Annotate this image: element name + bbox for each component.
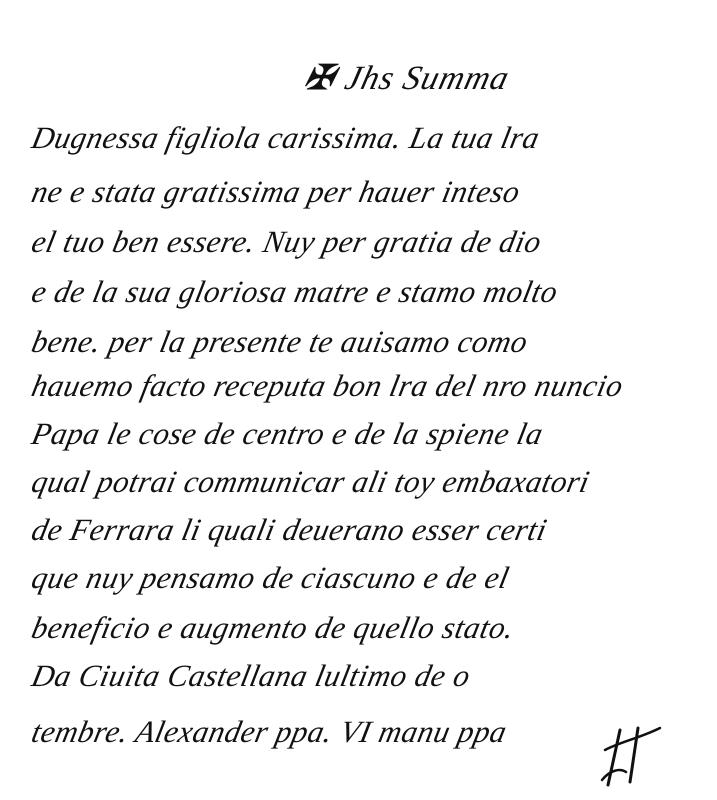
manuscript-line-1: Dugnessa figliola carissima. La tua lra [28,118,709,158]
manuscript-page: ✠ Jhs Summa Dugnessa figliola carissima.… [0,0,717,800]
manuscript-line-11: beneficio e augmento de quello stato. [28,608,709,648]
cross-symbol-icon: ✠ [300,58,339,98]
manuscript-line-10: que nuy pensamo de ciascuno e de el [28,558,709,598]
manuscript-line-6: hauemo facto receputa bon lra del nro nu… [28,366,709,406]
manuscript-line-12: Da Ciuita Castellana lultimo de o [28,656,709,696]
manuscript-line-4: e de la sua gloriosa matre e stamo molto [28,272,709,312]
manuscript-line-9: de Ferrara li quali deuerano esser certi [28,510,709,550]
letter-heading: ✠ Jhs Summa [300,58,514,98]
manuscript-line-7: Papa le cose de centro e de la spiene la [28,414,709,454]
signature-flourish-icon [600,720,680,790]
heading-text: Jhs Summa [341,60,513,97]
manuscript-line-8: qual potrai communicar ali toy embaxator… [28,462,709,502]
manuscript-line-3: el tuo ben essere. Nuy per gratia de dio [28,222,709,262]
manuscript-line-2: ne e stata gratissima per hauer inteso [28,172,709,212]
manuscript-line-5: bene. per la presente te auisamo como [28,322,709,362]
